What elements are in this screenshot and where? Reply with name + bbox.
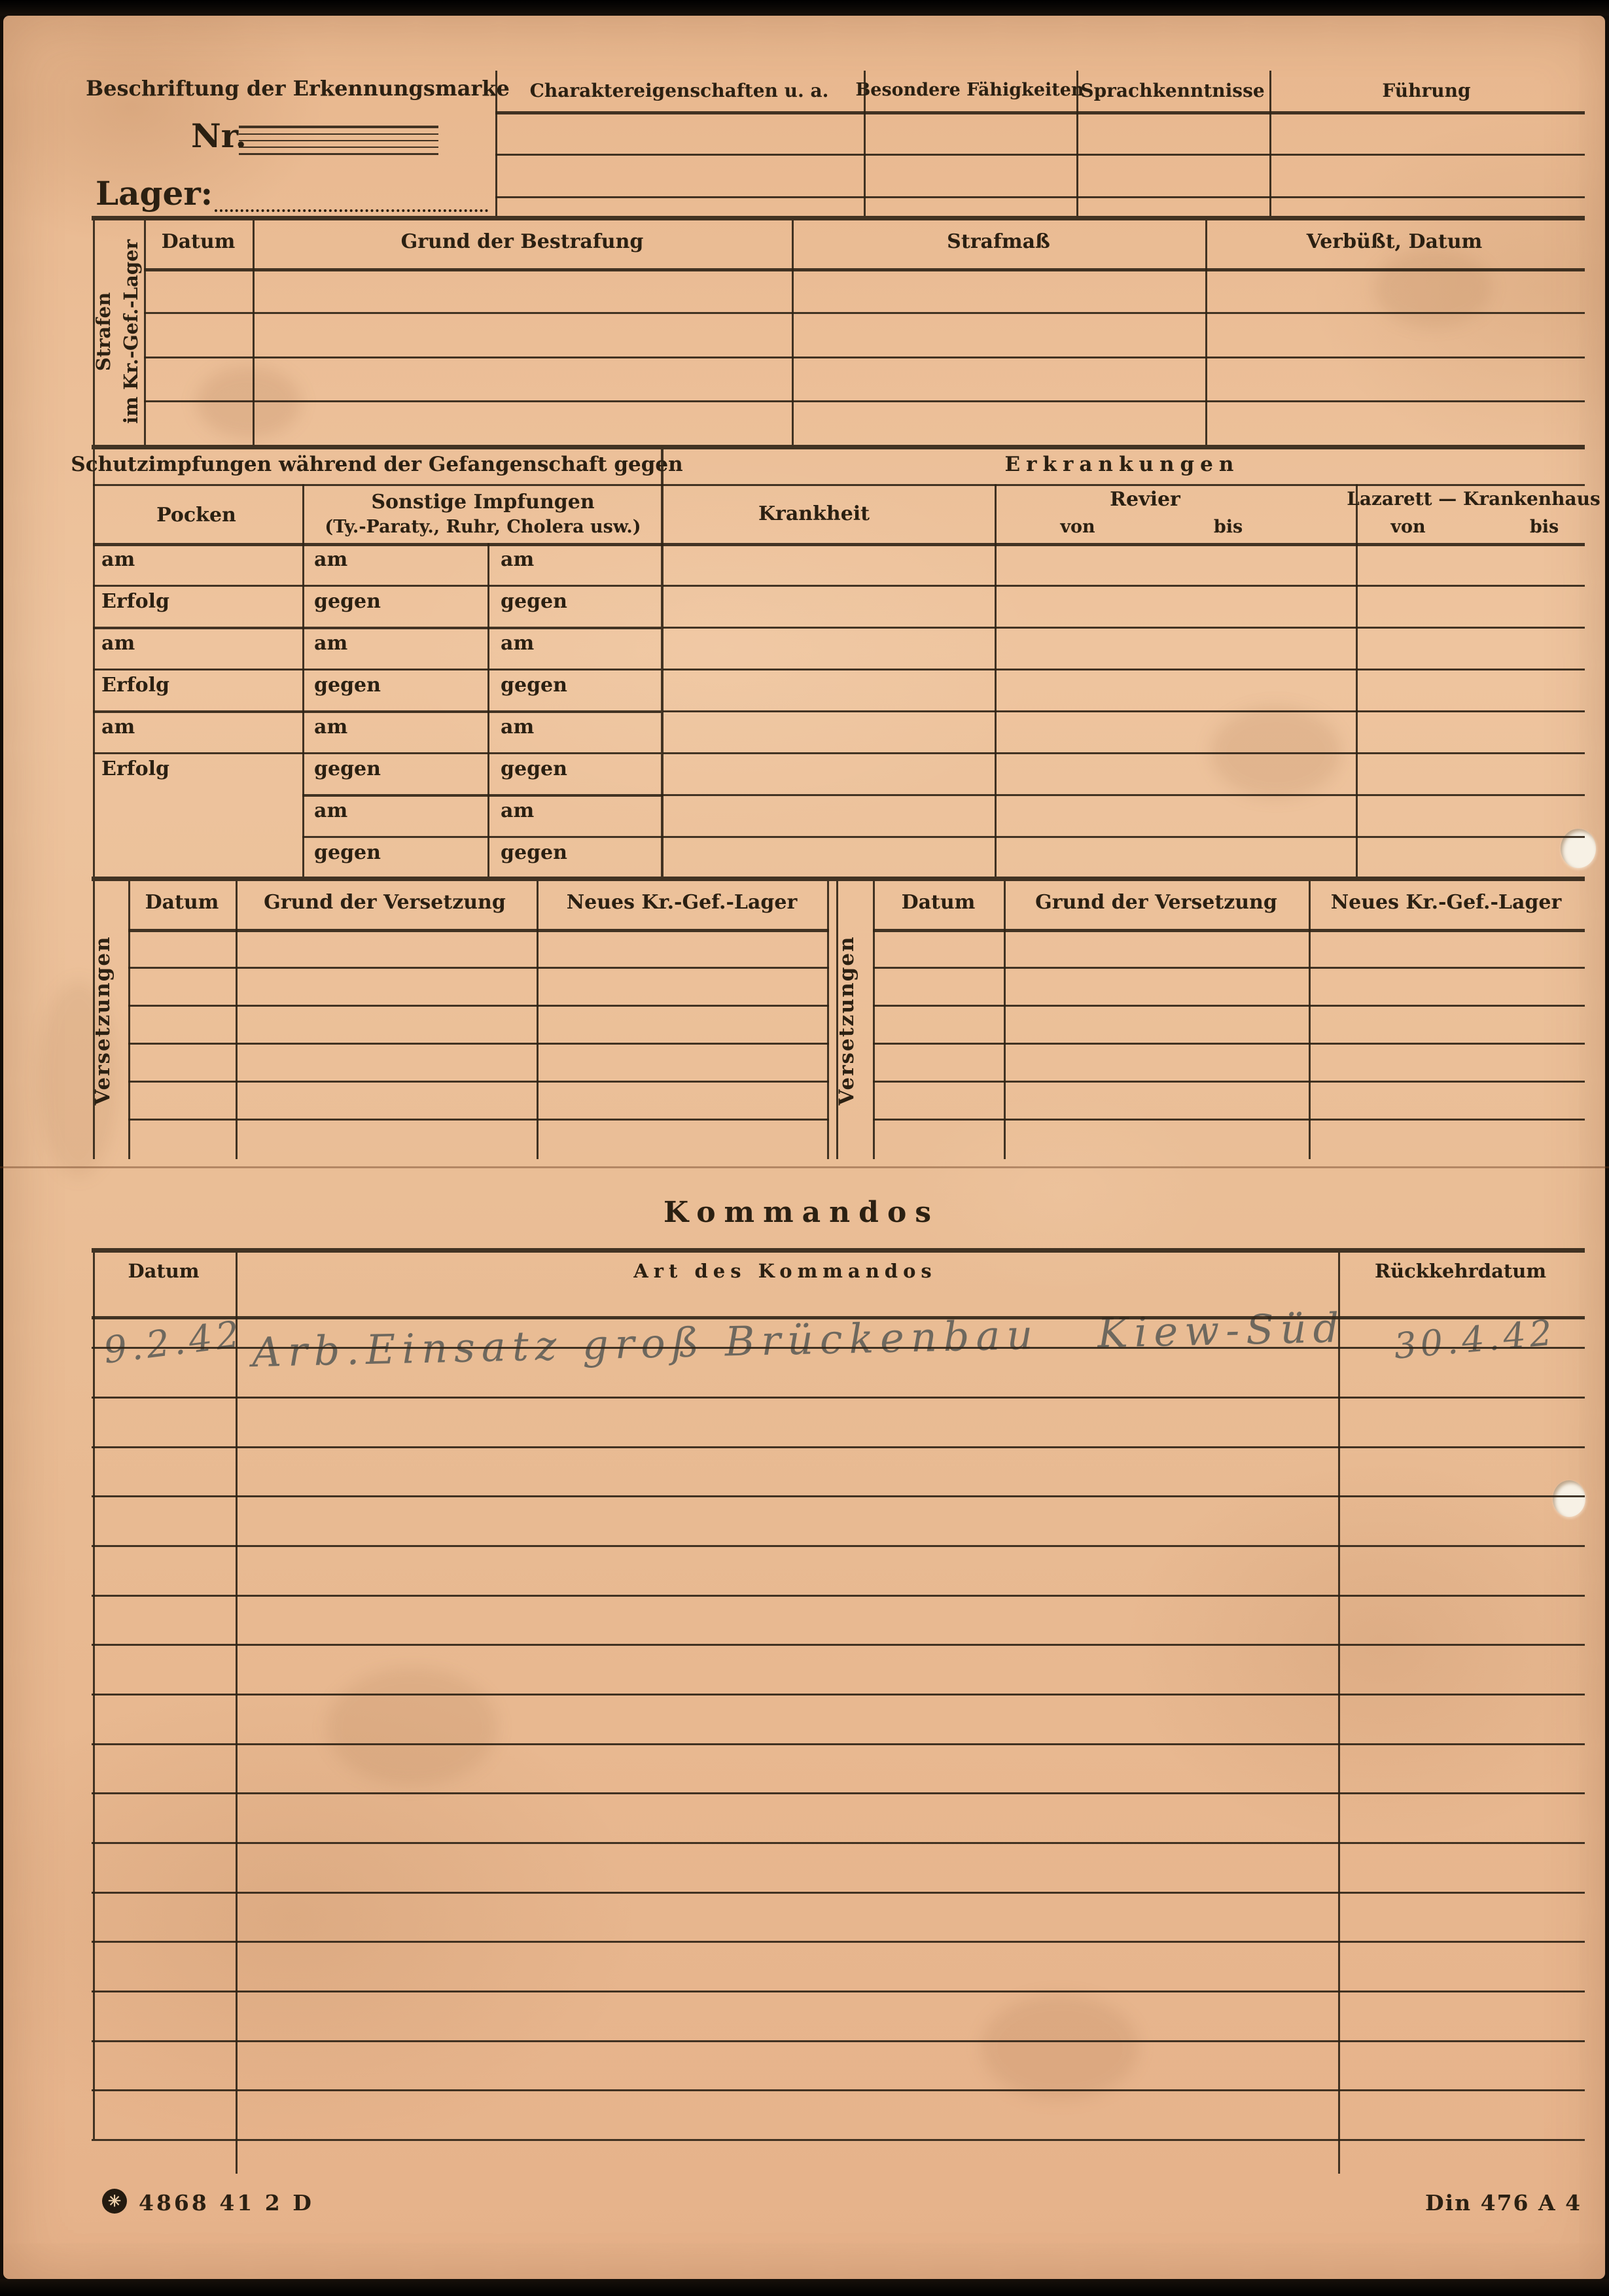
grid-line xyxy=(128,1081,829,1083)
grid-line xyxy=(92,1694,1585,1696)
versetzungen-col-header: Datum xyxy=(902,891,976,914)
versetzungen-col-header: Neues Kr.-Gef.-Lager xyxy=(1331,891,1562,914)
scan-edge-bottom xyxy=(0,2279,1609,2296)
grid-line xyxy=(92,2139,1585,2141)
sonstige-col-subheader: (Ty.-Paraty., Ruhr, Cholera usw.) xyxy=(325,517,641,537)
grid-line xyxy=(93,752,661,754)
krankheit-col-header: Krankheit xyxy=(758,502,870,525)
grid-line xyxy=(93,543,1585,546)
impf-cell-label-gegen: gegen xyxy=(501,757,567,780)
impf-cell-label-gegen: gegen xyxy=(501,590,567,613)
lager-label: Lager: xyxy=(96,174,213,213)
strafen-col-header: Verbüßt, Datum xyxy=(1307,230,1483,253)
grid-line xyxy=(93,1253,95,2139)
impf-cell-label-am: am xyxy=(501,716,534,739)
impf-cell-label-gegen: gegen xyxy=(314,674,381,697)
kommandos-col-header: Rückkehrdatum xyxy=(1375,1260,1546,1282)
nr-label: Nr. xyxy=(191,116,247,155)
revier-von-label: von xyxy=(1060,517,1095,537)
grid-line xyxy=(93,627,661,629)
grid-line xyxy=(92,2040,1585,2042)
paper-stain xyxy=(981,1995,1139,2100)
grid-line xyxy=(128,967,829,969)
impf-cell-label-am: am xyxy=(314,799,347,822)
impf-cell-label-gegen: gegen xyxy=(314,590,381,613)
grid-line xyxy=(144,220,146,445)
grid-line xyxy=(92,445,1585,449)
grid-line xyxy=(1338,1253,1340,2174)
grid-line xyxy=(495,111,1585,114)
assessment-col-header: Besondere Fähigkeiten xyxy=(855,80,1084,100)
grid-line xyxy=(93,484,1585,486)
versetzungen-side-label: Versetzungen xyxy=(835,883,874,1158)
impf-cell-label-erfolg: Erfolg xyxy=(101,674,169,697)
grid-line xyxy=(1269,71,1271,216)
erkennungsmarke-title: Beschriftung der Erkennungsmarke xyxy=(86,76,510,101)
grid-line xyxy=(144,312,1585,314)
versetzungen-col-header: Grund der Versetzung xyxy=(1035,891,1277,914)
impf-cell-label-am: am xyxy=(314,632,347,655)
grid-line xyxy=(663,627,1585,629)
impf-cell-label-am: am xyxy=(101,716,135,739)
grid-line xyxy=(92,1248,1585,1253)
grid-line xyxy=(873,929,1585,932)
grid-line xyxy=(873,1119,1585,1121)
impf-cell-label-am: am xyxy=(314,548,347,571)
grid-line xyxy=(864,71,866,216)
grid-line xyxy=(93,710,661,713)
grid-line xyxy=(253,220,255,445)
grid-line xyxy=(1205,220,1207,445)
strafen-col-header: Datum xyxy=(162,230,236,253)
grid-line xyxy=(873,1043,1585,1045)
grid-line xyxy=(144,357,1585,358)
grid-line xyxy=(495,71,497,216)
strafen-col-header: Strafmaß xyxy=(947,230,1050,253)
grid-line xyxy=(873,1005,1585,1007)
grid-line xyxy=(92,1892,1585,1894)
scan-edge-top xyxy=(0,0,1609,16)
versetzungen-col-header: Neues Kr.-Gef.-Lager xyxy=(567,891,798,914)
grid-line xyxy=(663,752,1585,754)
impf-cell-label-gegen: gegen xyxy=(501,674,567,697)
sonstige-col-header: Sonstige Impfungen xyxy=(371,491,594,513)
grid-line xyxy=(537,881,539,1159)
grid-line xyxy=(873,1081,1585,1083)
grid-line xyxy=(239,153,438,155)
grid-line xyxy=(128,1119,829,1121)
grid-line xyxy=(92,1991,1585,1992)
grid-line xyxy=(144,268,1585,271)
grid-line xyxy=(302,794,663,797)
grid-line xyxy=(663,710,1585,712)
kommandos-col-header: Datum xyxy=(128,1260,199,1282)
impf-cell-label-am: am xyxy=(501,632,534,655)
strafen-side-label: Strafen im Kr.-Gef.-Lager xyxy=(90,220,147,443)
grid-line xyxy=(661,449,663,877)
grid-line xyxy=(1309,881,1311,1159)
din-format-label: Din 476 A 4 xyxy=(1425,2190,1582,2216)
grid-line xyxy=(92,1316,1585,1319)
impf-cell-label-erfolg: Erfolg xyxy=(101,590,169,613)
assessment-col-header: Führung xyxy=(1382,80,1470,101)
grid-line xyxy=(128,881,130,1159)
revier-bis-label: bis xyxy=(1214,517,1243,537)
grid-line xyxy=(1076,71,1078,216)
grid-line xyxy=(92,2089,1585,2091)
grid-line xyxy=(93,881,95,1159)
lazarett-von-label: von xyxy=(1390,517,1425,537)
grid-line xyxy=(128,929,829,932)
grid-line xyxy=(239,147,438,148)
grid-line xyxy=(663,585,1585,587)
grid-line xyxy=(792,220,794,445)
versetzungen-col-header: Grund der Versetzung xyxy=(264,891,506,914)
kommandos-title: Kommandos xyxy=(663,1196,940,1229)
lager-dotted-line xyxy=(215,182,488,212)
grid-line xyxy=(93,669,661,670)
grid-line xyxy=(236,881,238,1159)
impf-cell-label-am: am xyxy=(501,799,534,822)
grid-line xyxy=(239,133,438,135)
grid-line xyxy=(1004,881,1006,1159)
impf-cell-label-gegen: gegen xyxy=(314,757,381,780)
grid-line xyxy=(92,1446,1585,1448)
paper-stain xyxy=(327,1668,497,1786)
grid-line xyxy=(827,881,829,1159)
impfungen-title: Schutzimpfungen während der Gefangenscha… xyxy=(71,453,682,476)
impf-cell-label-gegen: gegen xyxy=(501,841,567,864)
grid-line xyxy=(836,881,838,1159)
grid-line xyxy=(92,1941,1585,1943)
punch-hole xyxy=(1561,829,1596,868)
lazarett-col-header: Lazarett — Krankenhaus xyxy=(1347,488,1600,510)
grid-line xyxy=(92,877,1585,881)
grid-line xyxy=(92,1495,1585,1497)
grid-line xyxy=(236,1253,238,2174)
fold-crease xyxy=(0,1166,1609,1168)
grid-line xyxy=(302,836,663,838)
impf-cell-label-am: am xyxy=(101,548,135,571)
grid-line xyxy=(239,126,438,128)
grid-line xyxy=(92,1743,1585,1745)
versetzungen-side-label: Versetzungen xyxy=(91,883,130,1158)
assessment-col-header: Charaktereigenschaften u. a. xyxy=(530,80,829,101)
punch-hole xyxy=(1553,1480,1585,1517)
grid-line xyxy=(92,1842,1585,1844)
strafen-col-header: Grund der Bestrafung xyxy=(401,230,644,253)
grid-line xyxy=(92,216,1585,220)
grid-line xyxy=(873,967,1585,969)
grid-line xyxy=(144,400,1585,402)
grid-line xyxy=(495,154,1585,156)
print-code: 4868 41 2 D xyxy=(139,2190,314,2216)
impf-cell-label-erfolg: Erfolg xyxy=(101,757,169,780)
impf-cell-label-gegen: gegen xyxy=(314,841,381,864)
grid-line xyxy=(92,1347,1585,1349)
grid-line xyxy=(92,1644,1585,1646)
erkrankungen-title: Erkrankungen xyxy=(1005,453,1240,476)
grid-line xyxy=(239,140,438,141)
impf-cell-label-am: am xyxy=(501,548,534,571)
grid-line xyxy=(92,1397,1585,1399)
grid-line xyxy=(128,1005,829,1007)
paper-stain xyxy=(196,366,301,438)
strafen-side-label-line2: im Kr.-Gef.-Lager xyxy=(117,220,145,443)
grid-line xyxy=(128,1043,829,1045)
grid-line xyxy=(92,1595,1585,1597)
grid-line xyxy=(663,836,1585,838)
grid-line xyxy=(93,449,95,877)
scanned-pow-record-card: { "id_block": { "title": "Beschriftung d… xyxy=(0,0,1609,2296)
kommandos-col-header: Art des Kommandos xyxy=(633,1260,937,1282)
printer-mark-icon: ✳ xyxy=(102,2189,127,2214)
grid-line xyxy=(93,585,661,587)
grid-line xyxy=(495,196,1585,198)
assessment-col-header: Sprachkenntnisse xyxy=(1080,80,1264,101)
impf-cell-label-am: am xyxy=(314,716,347,739)
pocken-col-header: Pocken xyxy=(156,504,236,527)
lazarett-bis-label: bis xyxy=(1530,517,1559,537)
grid-line xyxy=(487,543,489,877)
revier-col-header: Revier xyxy=(1110,488,1180,511)
versetzungen-col-header: Datum xyxy=(145,891,219,914)
grid-line xyxy=(663,669,1585,670)
grid-line xyxy=(92,1792,1585,1794)
paper-stain xyxy=(1374,249,1492,327)
record-card xyxy=(3,16,1605,2279)
grid-line xyxy=(663,794,1585,796)
grid-line xyxy=(92,1545,1585,1547)
grid-line xyxy=(93,220,95,445)
impf-cell-label-am: am xyxy=(101,632,135,655)
grid-line xyxy=(873,881,875,1159)
